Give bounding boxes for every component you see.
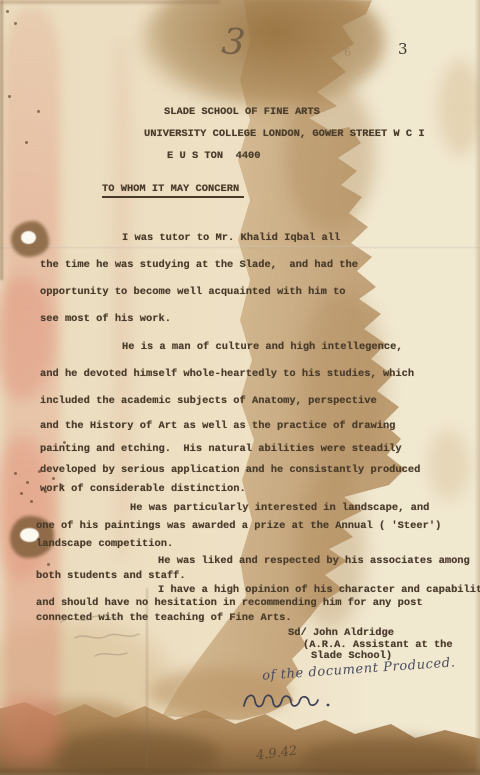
letterhead-line-2: UNIVERSITY COLLEGE LONDON, GOWER STREET … [144, 128, 425, 140]
handwritten-page-number: 3 [220, 21, 247, 64]
typed-line: I have a high opinion of his character a… [158, 584, 480, 596]
letterhead-phone: E U S TON 4400 [167, 150, 261, 162]
stain-patch [285, 80, 375, 230]
foxing-speck [6, 10, 9, 13]
letterhead-line-1: SLADE SCHOOL OF FINE ARTS [164, 106, 320, 118]
page-edge-top [0, 0, 220, 4]
typed-line: He is a man of culture and high intelleg… [122, 341, 403, 353]
typed-line: opportunity to become well acquainted wi… [40, 286, 346, 298]
signature-line: Sd/ John Aldridge [288, 627, 394, 639]
page-edge-bottom [0, 767, 480, 775]
typed-line: He was particularly interested in landsc… [130, 502, 429, 514]
faint-mark: 6 [344, 46, 351, 59]
typed-line: He was liked and respected by his associ… [158, 555, 470, 567]
page-edge-right [474, 0, 480, 775]
foxing-speck [8, 95, 11, 98]
foxing-speck [30, 500, 33, 503]
foxing-speck [20, 492, 23, 495]
foxing-speck [25, 141, 28, 144]
typed-line: included the academic subjects of Anatom… [40, 395, 377, 407]
scanned-letter-page: 3 6 3 SLADE SCHOOL OF FINE ARTS UNIVERSI… [0, 0, 480, 775]
typed-line: and the History of Art as well as the pr… [40, 420, 395, 432]
foxing-speck [14, 22, 17, 25]
foxing-speck [26, 481, 29, 484]
punch-hole [21, 231, 36, 244]
typed-line: one of his paintings was awarded a prize… [36, 520, 441, 532]
faint-pencil-scribble [55, 608, 215, 668]
typed-line: work of considerable distinction. [40, 483, 246, 495]
typed-line: the time he was studying at the Slade, a… [40, 259, 358, 271]
pink-smudge [112, 40, 132, 560]
salutation-heading: TO WHOM IT MAY CONCERN [102, 183, 244, 198]
handwritten-scrawl-signature [240, 686, 350, 716]
foxing-speck [47, 563, 50, 566]
typed-line: both students and staff. [36, 570, 186, 582]
typed-line: developed by serious application and he … [40, 464, 420, 476]
typed-line: see most of his work. [40, 313, 171, 325]
typed-line: landscape competition. [36, 538, 173, 550]
stain-patch [428, 430, 470, 500]
foxing-speck [14, 472, 17, 475]
page-edge-left [0, 0, 3, 280]
foxing-speck [37, 110, 40, 113]
typed-line: I was tutor to Mr. Khalid Iqbal all [122, 232, 340, 244]
horizontal-crease [0, 246, 480, 248]
printed-page-number: 3 [398, 40, 408, 58]
typed-line: and he devoted himself whole-heartedly t… [40, 368, 414, 380]
typed-line: painting and etching. His natural abilit… [40, 443, 402, 455]
foxing-speck [52, 477, 55, 480]
